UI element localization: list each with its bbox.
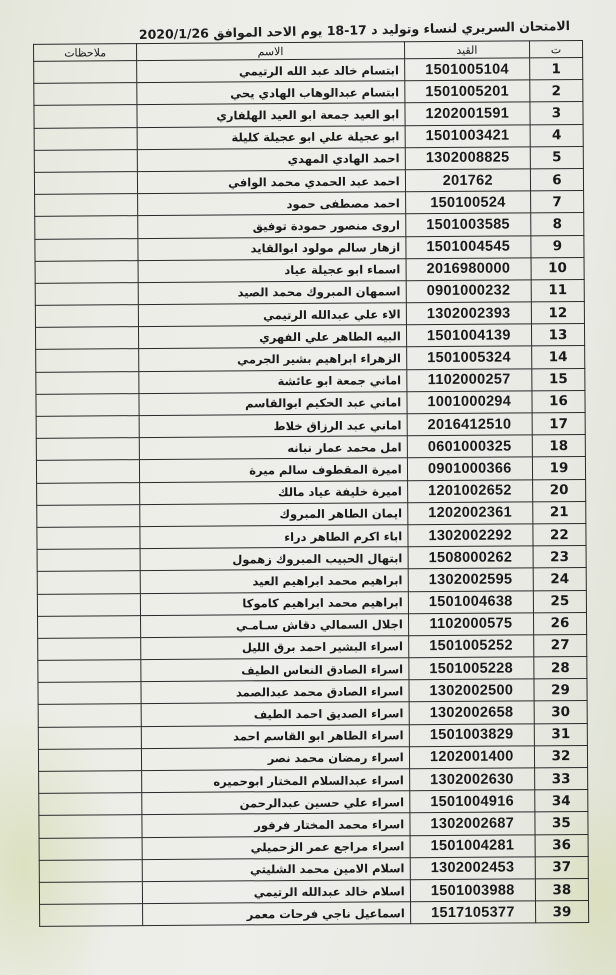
registration-id: 1501004281 — [410, 834, 535, 857]
row-number: 26 — [533, 612, 586, 635]
notes-cell — [40, 904, 143, 927]
row-number: 16 — [532, 390, 585, 413]
registration-id: 1302002453 — [410, 857, 535, 880]
notes-cell — [39, 815, 142, 838]
registration-id: 1302002687 — [410, 812, 535, 835]
row-number: 22 — [533, 523, 586, 546]
student-name: البيه الطاهر علي الفهري — [139, 325, 407, 349]
notes-cell — [34, 105, 137, 128]
student-name: احمد عبد الحمدي محمد الوافي — [138, 170, 406, 194]
student-name: اميرة خليفة عياد مالك — [140, 480, 408, 504]
row-number: 37 — [535, 856, 588, 879]
row-number: 5 — [530, 146, 583, 169]
row-number: 33 — [534, 767, 587, 790]
registration-id: 1302008825 — [405, 147, 530, 170]
registration-id: 1517105377 — [410, 901, 535, 924]
row-number: 32 — [534, 745, 587, 768]
notes-cell — [35, 282, 138, 305]
student-name: اسراء الصديق احمد الطيف — [141, 702, 409, 726]
row-number: 4 — [530, 124, 583, 147]
registration-id: 2016412510 — [407, 413, 532, 436]
notes-cell — [36, 349, 139, 372]
table-row: 391517105377اسماعيل ناجي فرحات معمر — [40, 901, 589, 927]
student-name: الاء علي عبدالله الرتيمي — [139, 303, 407, 327]
student-name: اماني جمعة ابو عائشة — [139, 369, 407, 393]
student-name: احمد الهادي المهدي — [137, 147, 405, 171]
student-name: اسماء ابو عجيلة عياد — [138, 258, 406, 282]
notes-cell — [37, 549, 140, 572]
student-name: اجلال السمالي دقاش سـامـي — [141, 613, 409, 637]
notes-cell — [36, 460, 139, 483]
row-number: 38 — [535, 878, 588, 901]
column-header-id: القيد — [404, 41, 529, 59]
student-name: امل محمد عمار نبانه — [139, 436, 407, 460]
notes-cell — [39, 793, 142, 816]
column-header-number: ت — [529, 41, 582, 58]
student-name: ازهار سالم مولود ابوالقايد — [138, 236, 406, 260]
student-name: ابو عجيلة علي ابو عجيلة كليلة — [137, 125, 405, 149]
row-number: 11 — [531, 279, 584, 302]
registration-id: 1102000575 — [408, 613, 533, 636]
registration-id: 1501003829 — [409, 723, 534, 746]
registration-id: 150100524 — [405, 191, 530, 214]
row-number: 7 — [530, 191, 583, 214]
notes-cell — [35, 238, 138, 261]
notes-cell — [38, 660, 141, 683]
student-name: الزهراء ابراهيم بشير الجرمي — [139, 347, 407, 371]
notes-cell — [37, 571, 140, 594]
row-number: 17 — [532, 412, 585, 435]
row-number: 1 — [530, 58, 583, 81]
student-name: اسراء الطاهر ابو القاسم احمد — [141, 724, 409, 748]
student-name: ابتسام عبدالوهاب الهادي يحي — [137, 81, 405, 105]
notes-cell — [38, 748, 141, 771]
row-number: 28 — [534, 657, 587, 680]
registration-id: 1201002652 — [407, 479, 532, 502]
notes-cell — [38, 682, 141, 705]
table-body: 11501005104ابتسام خالد عبد الله الرتيمي2… — [34, 58, 589, 927]
registration-id: 201762 — [405, 169, 530, 192]
row-number: 36 — [535, 834, 588, 857]
notes-cell — [38, 637, 141, 660]
row-number: 2 — [530, 80, 583, 103]
registration-id: 1501004916 — [409, 790, 534, 813]
notes-cell — [36, 416, 139, 439]
row-number: 19 — [532, 457, 585, 480]
notes-cell — [36, 438, 139, 461]
student-name: اسراء علي حسين عبدالرحمن — [142, 791, 410, 815]
student-name: اسمهان المبروك محمد الصيد — [138, 281, 406, 305]
row-number: 9 — [531, 235, 584, 258]
notes-cell — [38, 704, 141, 727]
student-name: ايمان الطاهر المبروك — [140, 502, 408, 526]
notes-cell — [34, 61, 137, 84]
row-number: 21 — [533, 501, 586, 524]
registration-id: 0601000325 — [407, 435, 532, 458]
student-name: اسراء الصادق النعاس الطيف — [141, 658, 409, 682]
row-number: 34 — [535, 790, 588, 813]
registration-id: 1501003988 — [410, 879, 535, 902]
row-number: 10 — [531, 257, 584, 280]
notes-cell — [37, 504, 140, 527]
registration-id: 1001000294 — [407, 391, 532, 414]
notes-cell — [36, 371, 139, 394]
row-number: 18 — [532, 435, 585, 458]
row-number: 30 — [534, 701, 587, 724]
student-name: احمد مصطفى حمود — [138, 192, 406, 216]
row-number: 14 — [532, 346, 585, 369]
registration-id: 1501004545 — [406, 235, 531, 258]
registration-id: 1501005201 — [404, 80, 529, 103]
student-name: اسراء مراجع عمر الزحميلي — [142, 835, 410, 859]
student-name: اميرة المقطوف سالم ميرة — [140, 458, 408, 482]
notes-cell — [35, 216, 138, 239]
notes-cell — [36, 393, 139, 416]
registration-id: 1501004139 — [406, 324, 531, 347]
row-number: 13 — [531, 324, 584, 347]
registration-id: 1202001400 — [409, 746, 534, 769]
row-number: 20 — [532, 479, 585, 502]
notes-cell — [35, 194, 138, 217]
registration-id: 1501004638 — [408, 590, 533, 613]
notes-cell — [39, 771, 142, 794]
student-name: اسماعيل ناجي فرحات معمر — [143, 902, 411, 926]
column-header-notes: ملاحظات — [34, 44, 137, 62]
registration-id: 0901000232 — [406, 280, 531, 303]
notes-cell — [38, 726, 141, 749]
student-name: اسراء البشير احمد برق الليل — [141, 636, 409, 660]
registration-id: 1302002658 — [409, 701, 534, 724]
row-number: 24 — [533, 568, 586, 591]
row-number: 3 — [530, 102, 583, 125]
student-name: اسراء محمد المختار فرفور — [142, 813, 410, 837]
registration-id: 1501003585 — [405, 213, 530, 236]
registration-id: 1501005104 — [404, 58, 529, 81]
student-name: ابتسام خالد عبد الله الرتيمي — [137, 59, 405, 83]
notes-cell — [35, 260, 138, 283]
registration-id: 1501005252 — [408, 635, 533, 658]
student-name: اسلام الامين محمد الشليتي — [142, 857, 410, 881]
student-name: اماني عبد الحكيم ابوالقاسم — [139, 392, 407, 416]
registration-id: 2016980000 — [406, 258, 531, 281]
student-name: اباء اكرم الطاهر دراء — [140, 525, 408, 549]
registration-id: 1302002500 — [409, 679, 534, 702]
row-number: 25 — [533, 590, 586, 613]
row-number: 35 — [535, 812, 588, 835]
notes-cell — [39, 859, 142, 882]
student-name: اسراء رمضان محمد نصر — [142, 747, 410, 771]
row-number: 6 — [530, 168, 583, 191]
row-number: 31 — [534, 723, 587, 746]
notes-cell — [37, 527, 140, 550]
student-name: ابراهيم محمد ابراهيم كاموكا — [141, 591, 409, 615]
notes-cell — [34, 127, 137, 150]
student-name: ابو العيد جمعة ابو العيد الهلفاري — [137, 103, 405, 127]
registration-id: 1508000262 — [408, 546, 533, 569]
notes-cell — [34, 83, 137, 106]
student-name: اسلام خالد عبدالله الرتيمي — [143, 880, 411, 904]
row-number: 29 — [534, 679, 587, 702]
student-name: اماني عبد الرزاق خلاط — [139, 414, 407, 438]
notes-cell — [37, 593, 140, 616]
student-name: ابتهال الحبيب المبروك زهمول — [140, 547, 408, 571]
student-name: اروى منصور حمودة توفيق — [138, 214, 406, 238]
student-name: اسراء عبدالسلام المختار ابوحميره — [142, 769, 410, 793]
notes-cell — [34, 172, 137, 195]
registration-id: 1501005324 — [406, 346, 531, 369]
student-name: ابراهيم محمد ابراهيم العيد — [140, 569, 408, 593]
student-name: اسراء الصادق محمد عبدالصمد — [141, 680, 409, 704]
exam-roster-table: ت القيد الاسم ملاحظات 11501005104ابتسام … — [33, 40, 589, 927]
notes-cell — [39, 837, 142, 860]
notes-cell — [35, 305, 138, 328]
notes-cell — [37, 482, 140, 505]
registration-id: 0901000366 — [407, 457, 532, 480]
notes-cell — [35, 327, 138, 350]
registration-id: 1302002630 — [409, 768, 534, 791]
row-number: 8 — [531, 213, 584, 236]
row-number: 27 — [534, 634, 587, 657]
registration-id: 1302002595 — [408, 568, 533, 591]
registration-id: 1501005228 — [408, 657, 533, 680]
registration-id: 1501003421 — [405, 124, 530, 147]
registration-id: 1302002292 — [408, 524, 533, 547]
row-number: 15 — [532, 368, 585, 391]
notes-cell — [34, 149, 137, 172]
row-number: 39 — [535, 901, 588, 924]
document-title: الامتحان السريري لنساء وتوليد د 17-18 يو… — [140, 18, 570, 42]
notes-cell — [39, 882, 142, 905]
row-number: 12 — [531, 302, 584, 325]
column-header-name: الاسم — [137, 42, 405, 61]
notes-cell — [38, 615, 141, 638]
registration-id: 1102000257 — [406, 368, 531, 391]
registration-id: 1202002361 — [407, 502, 532, 525]
registration-id: 1302002393 — [406, 302, 531, 325]
registration-id: 1202001591 — [405, 102, 530, 125]
row-number: 23 — [533, 546, 586, 569]
